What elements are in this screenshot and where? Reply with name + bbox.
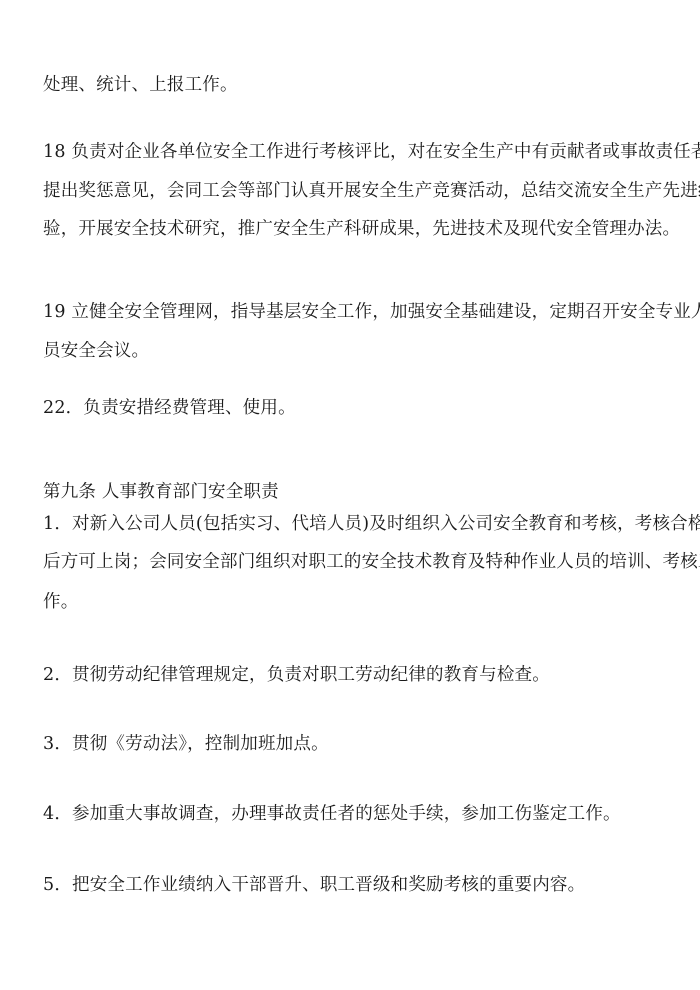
paragraph-continuation: 处理、统计、上报工作。	[43, 74, 238, 96]
article-9-item-1-line-2: 后方可上岗；会同安全部门组织对职工的安全技术教育及特种作业人员的培训、考核工	[43, 551, 659, 573]
item-18-line-1: 18 负责对企业各单位安全工作进行考核评比，对在安全生产中有贡献者或事故责任者，	[43, 141, 659, 163]
item-18-line-3: 验，开展安全技术研究，推广安全生产科研成果，先进技术及现代安全管理办法。	[43, 218, 680, 240]
document-page: 处理、统计、上报工作。 18 负责对企业各单位安全工作进行考核评比，对在安全生产…	[0, 0, 700, 990]
item-19-line-1: 19 立健全安全管理网，指导基层安全工作，加强安全基础建设，定期召开安全专业人	[43, 301, 659, 323]
article-9-heading: 第九条 人事教育部门安全职责	[43, 481, 279, 503]
item-22: 22．负责安措经费管理、使用。	[43, 397, 296, 419]
item-18-line-2: 提出奖惩意见，会同工会等部门认真开展安全生产竞赛活动，总结交流安全生产先进经	[43, 180, 659, 202]
article-9-item-5: 5．把安全工作业绩纳入干部晋升、职工晋级和奖励考核的重要内容。	[43, 874, 585, 896]
item-19-line-2: 员安全会议。	[43, 340, 149, 362]
article-9-item-4: 4．参加重大事故调查，办理事故责任者的惩处手续，参加工伤鉴定工作。	[43, 803, 621, 825]
article-9-item-1-line-3: 作。	[43, 591, 78, 613]
article-9-item-2: 2．贯彻劳动纪律管理规定，负责对职工劳动纪律的教育与检查。	[43, 664, 550, 686]
article-9-item-1-line-1: 1．对新入公司人员(包括实习、代培人员)及时组织入公司安全教育和考核，考核合格	[43, 513, 659, 535]
article-9-item-3: 3．贯彻《劳动法》，控制加班加点。	[43, 733, 329, 755]
